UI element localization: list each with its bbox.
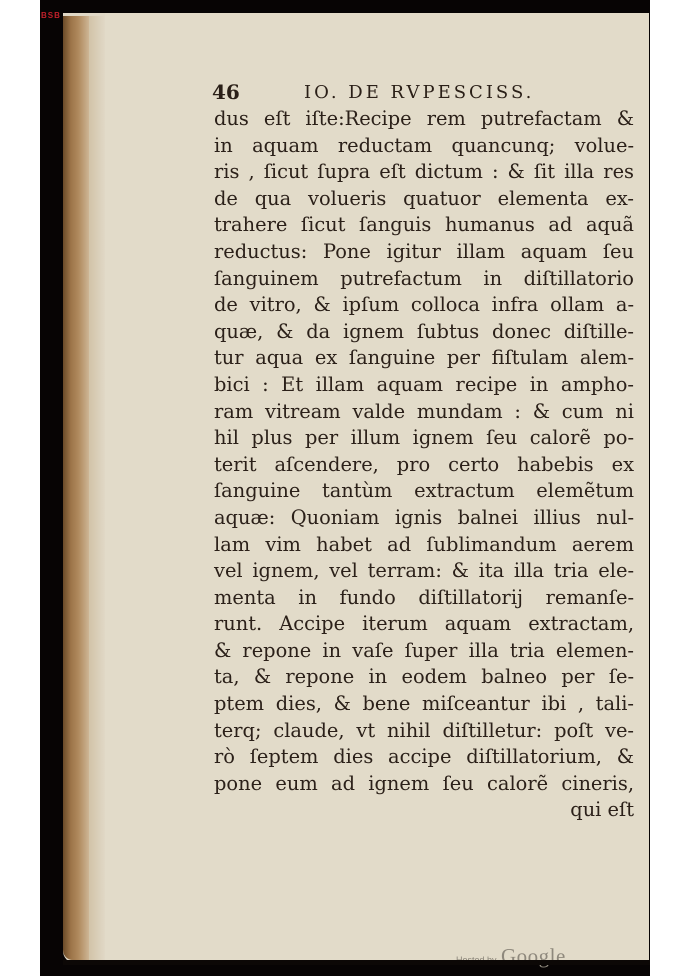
- catchword: qui eſt: [214, 797, 634, 824]
- body-text: dus eſt iſte:Recipe rem putrefactam & in…: [214, 106, 634, 824]
- text-line: pone eum ad ignem ſeu calorẽ cineris,: [214, 771, 634, 798]
- text-line: ptem dies, & bene miſceantur ibi , tali-: [214, 691, 634, 718]
- text-line: reductus: Pone igitur illam aquam ſeu: [214, 239, 634, 266]
- text-line: terq; claude, vt nihil diſtilletur: poſt…: [214, 718, 634, 745]
- text-line: bici : Et illam aquam recipe in ampho-: [214, 372, 634, 399]
- library-stamp: BSB: [41, 11, 61, 20]
- text-line: quæ, & da ignem ſubtus donec diſtille-: [214, 319, 634, 346]
- text-line: vel ignem, vel terram: & ita illa tria e…: [214, 558, 634, 585]
- text-line: ris , ſicut ſupra eſt dictum : & ſit ill…: [214, 159, 634, 186]
- text-line: menta in fundo diſtillatorij remanſe-: [214, 585, 634, 612]
- text-line: ram vitream valde mundam : & cum ni: [214, 399, 634, 426]
- text-line: hil plus per illum ignem ſeu calorẽ po-: [214, 425, 634, 452]
- text-line: & repone in vaſe ſuper illa tria elemen-: [214, 638, 634, 665]
- text-line: in aquam reductam quancunq; volue-: [214, 133, 634, 160]
- text-line: rò ſeptem dies accipe diſtillatorium, &: [214, 744, 634, 771]
- gutter-shadow: [89, 16, 105, 960]
- text-line: aquæ: Quoniam ignis balnei illius nul-: [214, 505, 634, 532]
- text-line: dus eſt iſte:Recipe rem putrefactam &: [214, 106, 634, 133]
- running-title: IO. DE RVPESCISS.: [304, 82, 534, 103]
- hosted-by-watermark: Hosted by Google: [456, 944, 566, 969]
- text-line: ſanguine tantùm extractum elemẽtum: [214, 478, 634, 505]
- page-number: 46: [212, 80, 240, 104]
- text-line: de vitro, & ipſum colloca infra ollam a-: [214, 292, 634, 319]
- text-line: ta, & repone in eodem balneo per ſe-: [214, 664, 634, 691]
- text-line: terit aſcendere, pro certo habebis ex: [214, 452, 634, 479]
- page-bottom-edge: [63, 960, 650, 965]
- text-line: trahere ſicut ſanguis humanus ad aquã: [214, 212, 634, 239]
- text-line: lam vim habet ad ſublimandum aerem: [214, 532, 634, 559]
- text-line: de qua volueris quatuor elementa ex-: [214, 186, 634, 213]
- text-line: runt. Accipe iterum aquam extractam,: [214, 611, 634, 638]
- page-gutter: [63, 16, 89, 960]
- text-line: ſanguinem putrefactum in diſtillatorio: [214, 266, 634, 293]
- text-line: tur aqua ex ſanguine per fiſtulam alem-: [214, 345, 634, 372]
